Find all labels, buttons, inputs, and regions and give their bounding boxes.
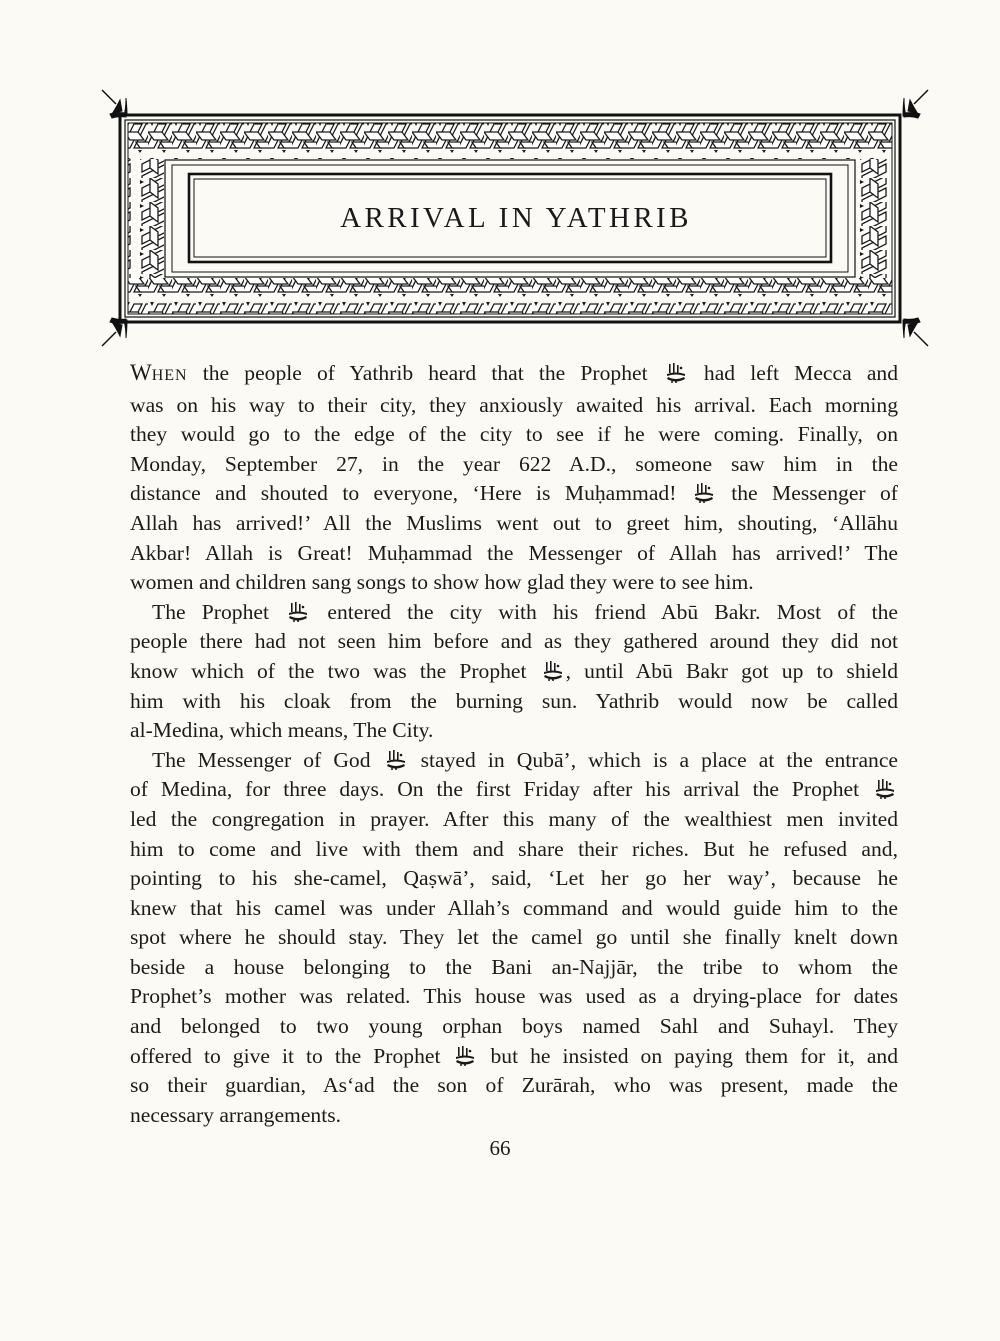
text-segment: distance and shouted to everyone, ‘Here … <box>130 481 691 505</box>
text-line: The Prophet entered the city with his fr… <box>130 598 898 628</box>
text-segment: know which of the two was the Prophet <box>130 659 540 683</box>
text-line: was on his way to their city, they anxio… <box>130 391 898 421</box>
dropcap-initial: W <box>130 360 152 385</box>
text-line: and belonged to two young orphan boys na… <box>130 1012 898 1042</box>
text-line: offered to give it to the Prophet but he… <box>130 1042 898 1072</box>
text-segment: the people of Yathrib heard that the Pro… <box>188 361 663 385</box>
text-line: of Medina, for three days. On the first … <box>130 775 898 805</box>
text-line: knew that his camel was under Allah’s co… <box>130 894 898 924</box>
text-line: spot where he should stay. They let the … <box>130 923 898 953</box>
text-segment: entered the city with his friend Abū Bak… <box>311 600 898 624</box>
text-line: distance and shouted to everyone, ‘Here … <box>130 479 898 509</box>
text-line: necessary arrangements. <box>130 1101 898 1131</box>
text-line: Akbar! Allah is Great! Muḥammad the Mess… <box>130 539 898 569</box>
honorific-salawat-icon <box>693 482 715 504</box>
honorific-salawat-icon <box>385 749 407 771</box>
page-number: 66 <box>0 1136 1000 1161</box>
text-line: Allah has arrived!’ All the Muslims went… <box>130 509 898 539</box>
text-segment: but he insisted on paying them for it, a… <box>478 1044 898 1068</box>
text-segment: , until Abū Bakr got up to shield <box>566 659 898 683</box>
text-segment: had left Mecca and <box>689 361 898 385</box>
text-line: beside a house belonging to the Bani an-… <box>130 953 898 983</box>
chapter-title: ARRIVAL IN YATHRIB <box>196 176 836 260</box>
honorific-salawat-icon <box>454 1045 476 1067</box>
text-line: know which of the two was the Prophet , … <box>130 657 898 687</box>
text-line: so their guardian, As‘ad the son of Zurā… <box>130 1071 898 1101</box>
text-segment: The Messenger of God <box>152 748 383 772</box>
text-line: The Messenger of God stayed in Qubā’, wh… <box>130 746 898 776</box>
honorific-salawat-icon <box>287 601 309 623</box>
text-line: they would go to the edge of the city to… <box>130 420 898 450</box>
text-line: women and children sang songs to show ho… <box>130 568 898 598</box>
text-line: WHEN the people of Yathrib heard that th… <box>130 358 898 391</box>
text-line: people there had not seen him before and… <box>130 627 898 657</box>
text-segment: the Messenger of <box>717 481 898 505</box>
text-line: Prophet’s mother was related. This house… <box>130 982 898 1012</box>
text-segment: of Medina, for three days. On the first … <box>130 777 872 801</box>
text-segment: offered to give it to the Prophet <box>130 1044 452 1068</box>
text-line: led the congregation in prayer. After th… <box>130 805 898 835</box>
text-line: al-Medina, which means, The City. <box>130 716 898 746</box>
text-segment: The Prophet <box>152 600 285 624</box>
dropcap-smallcaps: HEN <box>152 367 188 384</box>
body-text: WHEN the people of Yathrib heard that th… <box>130 358 898 1130</box>
text-line: him to come and live with them and share… <box>130 835 898 865</box>
text-line: Monday, September 27, in the year 622 A.… <box>130 450 898 480</box>
text-line: him with his cloak from the burning sun.… <box>130 687 898 717</box>
text-segment: stayed in Qubā’, which is a place at the… <box>409 748 898 772</box>
honorific-salawat-icon <box>542 660 564 682</box>
text-line: pointing to his she-camel, Qaṣwā’, said,… <box>130 864 898 894</box>
honorific-salawat-icon <box>665 362 687 384</box>
honorific-salawat-icon <box>874 778 896 800</box>
